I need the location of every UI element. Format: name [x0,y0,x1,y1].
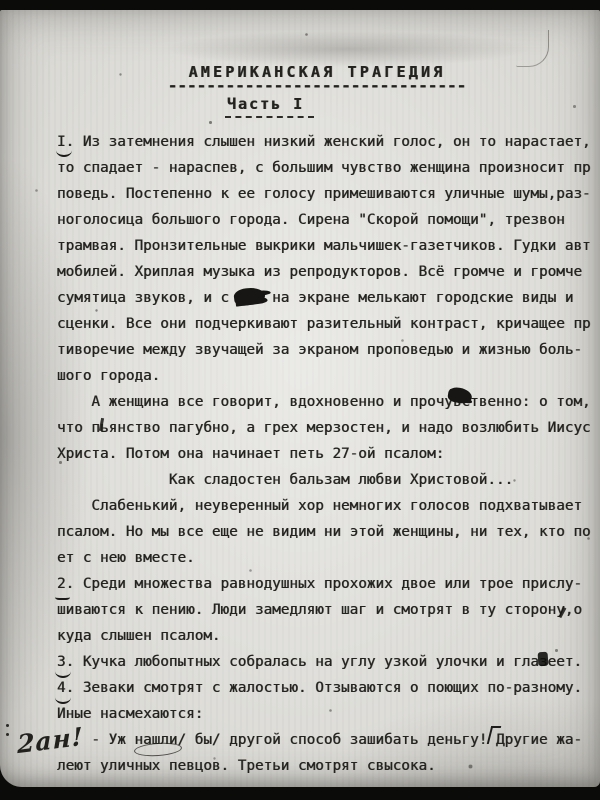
typescript-line: Иные насмехаются: [57,701,600,727]
typescript-line: сценки. Все они подчеркивают разительный… [57,311,600,337]
typescript-body: I. Из затемнения слышен низкий женский г… [57,129,600,779]
margin-colon-mark [6,724,9,727]
typescript-line: трамвая. Пронзительные выкрики мальчишек… [57,233,600,259]
typescript-line: псалом. Но мы все еще не видим ни этой ж… [57,519,600,545]
typescript-line: 3. Кучка любопытных собралась на углу уз… [57,649,600,675]
typescript-line: 4. Зеваки смотрят с жалостью. Отзываются… [57,675,600,701]
typescript-line: шого города. [57,363,600,389]
typescript-line: - Уж нашли/ бы/ другой способ зашибать д… [57,727,600,753]
typescript-line: шиваются к пению. Люди замедляют шаг и с… [57,597,600,623]
typescript-line: А женщина все говорит, вдохновенно и про… [57,389,600,415]
typescript-line: то спадает - нараспев, с большим чувство… [57,155,600,181]
scanned-page: АМЕРИКАНСКАЯ ТРАГЕДИЯ ------------------… [0,0,600,800]
typescript-line: Христа. Потом она начинает петь 27-ой пс… [57,441,600,467]
typescript-line: тиворечие между звучащей за экраном проп… [57,337,600,363]
typescript-line: что пьянство пагубно, а грех мерзостен, … [57,415,600,441]
typescript-line: куда слышен псалом. [57,623,600,649]
typescript-line: Слабенький, неуверенный хор немногих гол… [57,493,600,519]
typescript-line: сумятица звуков, и с ней на экране мельк… [57,285,600,311]
typescript-line: 2. Среди множества равнодушных прохожих … [57,571,600,597]
typescript-line: ноголосица большого города. Сирена "Скор… [57,207,600,233]
paper-crease [516,30,549,67]
typescript-line: леют уличных певцов. Третьи смотрят свыс… [57,753,600,779]
typescript-line: мобилей. Хриплая музыка из репродукторов… [57,259,600,285]
typescript-line: поведь. Постепенно к ее голосу примешива… [57,181,600,207]
typescript-line: I. Из затемнения слышен низкий женский г… [57,129,600,155]
typescript-line: ет с нею вместе. [57,545,600,571]
title-underline: ------------------------------- [0,76,600,95]
part-heading: Часть I [225,95,314,118]
paper-noise-specks [0,10,1,11]
paper: АМЕРИКАНСКАЯ ТРАГЕДИЯ ------------------… [0,10,600,787]
typescript-line: Как сладостен бальзам любви Христовой... [57,467,600,493]
